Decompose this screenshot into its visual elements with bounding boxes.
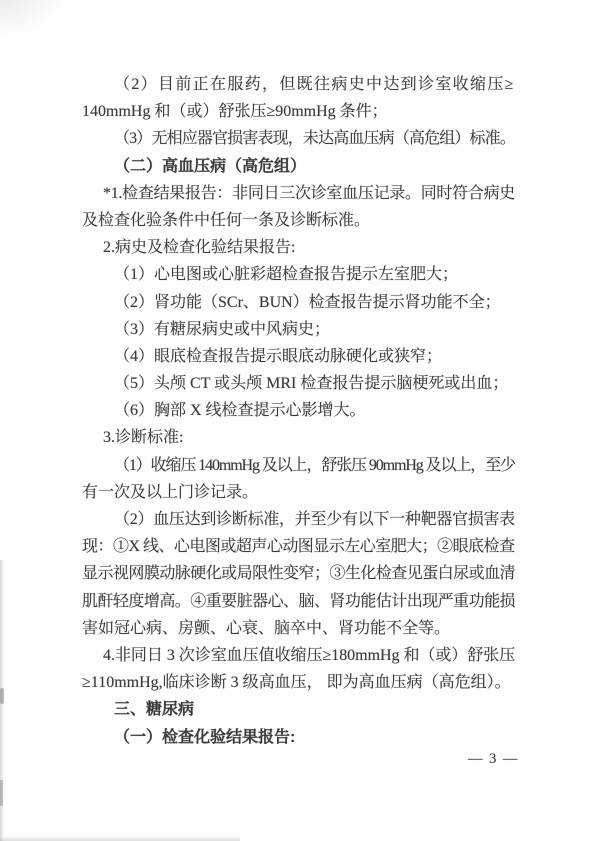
line-exam-condition-continuation: 及检查化验条件中任何一条及诊断标准。 (82, 207, 515, 234)
line-office-bp-on-medication: （2）目前正在服药，但既往病史中达到诊室收缩压≥ (82, 71, 515, 98)
text-line-content: （2）肾功能（SCr、BUN）检查报告提示肾功能不全； (114, 294, 501, 311)
text-line-content: 及检查化验条件中任何一条及诊断标准。 (82, 212, 370, 229)
line-no-organ-damage: （3）无相应器官损害表现，未达高血压病（高危组）标准。 (82, 125, 515, 152)
text-line-content: （一）检查化验结果报告: (114, 729, 295, 746)
text-line-content: 4.非同日 3 次诊室血压值收缩压≥180mmHg 和（或）舒张压 (103, 647, 515, 664)
scan-artifact-tick (0, 780, 3, 806)
text-line-content: 三、糖尿病 (114, 701, 194, 718)
text-line-content: （6）胸部 X 线检查提示心影增大。 (114, 402, 366, 419)
heading-hypertension-high-risk-group: （二）高血压病（高危组） (82, 153, 515, 180)
line-outpatient-record-continuation: 有一次及以上门诊记录。 (82, 479, 515, 506)
text-line-content: 2.病史及检查化验结果报告: (103, 239, 295, 256)
scan-artifact-tick (0, 688, 4, 704)
text-line-content: 3.诊断标准: (103, 429, 183, 446)
text-line-content: 现：①X 线、心电图或超声心动图显示左心室肥大；②眼底检查 (82, 538, 515, 555)
text-line-content: （2）血压达到诊断标准，并至少有以下一种靶器官损害表 (114, 511, 515, 528)
text-line-content: 有一次及以上门诊记录。 (82, 484, 258, 501)
line-bp-threshold-continuation: 140mmHg 和（或）舒张压≥90mmHg 条件； (82, 98, 515, 125)
text-line-content: 肌酐轻度增高。④重要脏器心、脑、肾功能估计出现严重功能损 (82, 593, 515, 610)
text-line-content: （3）有糖尿病史或中风病史； (114, 321, 330, 338)
line-damage-examples: 害如冠心病、房颤、心衰、脑卒中、肾功能不全等。 (82, 615, 515, 642)
text-line-content: ≥110mmHg,临床诊断 3 级高血压， 即为高血压病（高危组）。 (82, 674, 511, 691)
line-diagnostic-criteria: 3.诊断标准: (82, 424, 515, 451)
text-line-content: （4）眼底检查报告提示眼底动脉硬化或狭窄； (114, 348, 442, 365)
text-line-content: 140mmHg 和（或）舒张压≥90mmHg 条件； (82, 103, 388, 120)
line-history-exam-report: 2.病史及检查化验结果报告: (82, 234, 515, 261)
text-line-content: *1.检查结果报告：非同日三次诊室血压记录。同时符合病史 (103, 185, 515, 202)
line-renal-function: （2）肾功能（SCr、BUN）检查报告提示肾功能不全； (82, 289, 515, 316)
scanned-page: （2）目前正在服药，但既往病史中达到诊室收缩压≥140mmHg 和（或）舒张压≥… (0, 0, 593, 841)
line-damage-item-3-4: 肌酐轻度增高。④重要脏器心、脑、肾功能估计出现严重功能损 (82, 588, 515, 615)
text-line-content: （1）心电图或心脏彩超检查报告提示左室肥大； (114, 266, 458, 283)
line-chest-xray: （6）胸部 X 线检查提示心影增大。 (82, 397, 515, 424)
text-line-content: （5）头颅 CT 或头颅 MRI 检查报告提示脑梗死或出血； (114, 375, 508, 392)
text-line-content: （3）无相应器官损害表现，未达高血压病（高危组）标准。 (114, 130, 515, 147)
scan-artifact-bottom-edge (0, 836, 240, 841)
line-fundus-exam: （4）眼底检查报告提示眼底动脉硬化或狭窄； (82, 343, 515, 370)
heading-diabetes: 三、糖尿病 (82, 696, 515, 723)
subheading-lab-result-report: （一）检查化验结果报告: (82, 724, 515, 751)
line-ct-mri: （5）头颅 CT 或头颅 MRI 检查报告提示脑梗死或出血； (82, 370, 515, 397)
line-bp-criteria: （1）收缩压 140mmHg 及以上，舒张压 90mmHg 及以上，至少 (82, 452, 515, 479)
line-target-organ-damage: （2）血压达到诊断标准，并至少有以下一种靶器官损害表 (82, 506, 515, 533)
page-number: — 3 — (468, 751, 519, 768)
text-line-content: （二）高血压病（高危组） (114, 158, 306, 175)
line-exam-result-report: *1.检查结果报告：非同日三次诊室血压记录。同时符合病史 (82, 180, 515, 207)
line-damage-item-2-3: 显示视网膜动脉硬化或局限性变窄；③生化检查见蛋白尿或血清 (82, 560, 515, 587)
line-grade3-continuation: ≥110mmHg,临床诊断 3 级高血压， 即为高血压病（高危组）。 (82, 669, 515, 696)
text-line-content: 害如冠心病、房颤、心衰、脑卒中、肾功能不全等。 (82, 620, 450, 637)
text-line-content: （2）目前正在服药，但既往病史中达到诊室收缩压≥ (114, 76, 515, 93)
document-text: （2）目前正在服药，但既往病史中达到诊室收缩压≥140mmHg 和（或）舒张压≥… (82, 71, 515, 751)
line-ecg-lvh: （1）心电图或心脏彩超检查报告提示左室肥大； (82, 261, 515, 288)
text-line-content: 显示视网膜动脉硬化或局限性变窄；③生化检查见蛋白尿或血清 (82, 565, 515, 582)
text-line-content: （1）收缩压 140mmHg 及以上，舒张压 90mmHg 及以上，至少 (114, 457, 515, 474)
line-damage-item-1-2: 现：①X 线、心电图或超声心动图显示左心室肥大；②眼底检查 (82, 533, 515, 560)
scan-artifact-top-left (0, 0, 68, 38)
line-grade3-bp: 4.非同日 3 次诊室血压值收缩压≥180mmHg 和（或）舒张压 (82, 642, 515, 669)
line-diabetes-or-stroke-history: （3）有糖尿病史或中风病史； (82, 316, 515, 343)
